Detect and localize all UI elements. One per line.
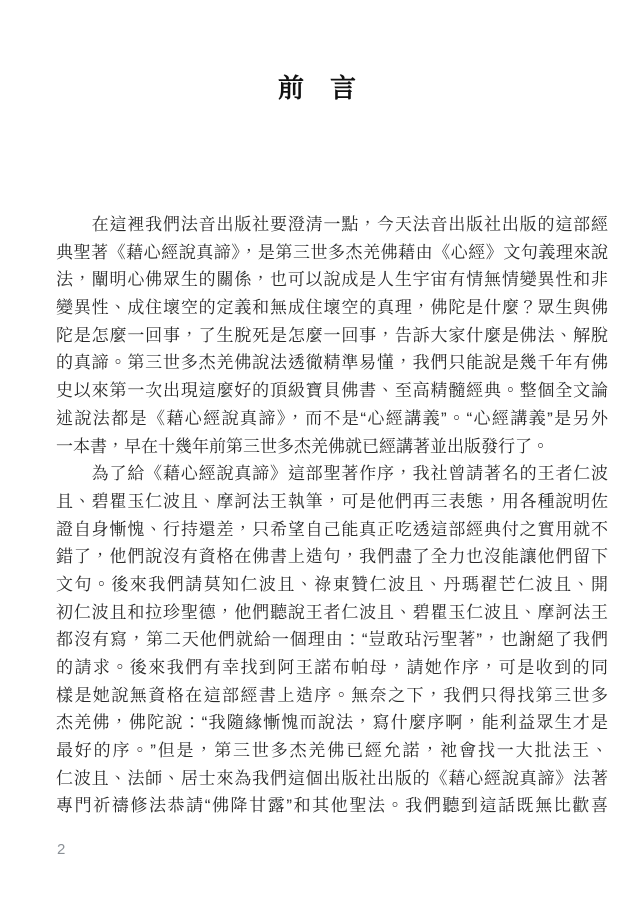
- text-line: 一本書，早在十幾年前第三世多杰羌佛就已經講著並出版發行了。: [56, 433, 608, 461]
- text-line: 為了給《藉心經說真諦》這部聖著作序，我社曾請著名的王者仁波: [56, 460, 608, 488]
- text-line: 最好的序。”但是，第三世多杰羌佛已經允諾，祂會找一大批法王、: [56, 737, 608, 765]
- paragraph-1: 在這裡我們法音出版社要澄清一點，今天法音出版社出版的這部經典聖著《藉心經說真諦》…: [56, 211, 608, 460]
- text-line: 仁波且、法師、居士來為我們這個出版社出版的《藉心經說真諦》法著: [56, 765, 608, 793]
- text-line: 陀是怎麼一回事，了生脫死是怎麼一回事，告訴大家什麼是佛法、解脫: [56, 322, 608, 350]
- text-line: 專門祈禱修法恭請“佛降甘露”和其他聖法。我們聽到這話既無比歡喜: [56, 792, 608, 820]
- text-line: 錯了，他們說沒有資格在佛書上造句，我們盡了全力也沒能讓他們留下: [56, 543, 608, 571]
- text-line: 史以來第一次出現這麼好的頂級寶貝佛書、至高精髓經典。整個全文論: [56, 377, 608, 405]
- paragraph-2: 為了給《藉心經說真諦》這部聖著作序，我社曾請著名的王者仁波且、碧瞿玉仁波且、摩訶…: [56, 460, 608, 820]
- text-line: 的請求。後來我們有幸找到阿王諾布帕母，請她作序，可是收到的同: [56, 654, 608, 682]
- text-line: 在這裡我們法音出版社要澄清一點，今天法音出版社出版的這部經: [56, 211, 608, 239]
- text-line: 且、碧瞿玉仁波且、摩訶法王執筆，可是他們再三表態，用各種說明佐: [56, 488, 608, 516]
- text-line: 典聖著《藉心經說真諦》，是第三世多杰羌佛藉由《心經》文句義理來說: [56, 239, 608, 267]
- text-line: 的真諦。第三世多杰羌佛說法透徹精準易懂，我們只能說是幾千年有佛: [56, 349, 608, 377]
- text-line: 初仁波且和拉珍聖德，他們聽說王者仁波且、碧瞿玉仁波且、摩訶法王: [56, 599, 608, 627]
- text-line: 杰羌佛，佛陀說：“我隨緣慚愧而說法，寫什麼序啊，能利益眾生才是: [56, 709, 608, 737]
- page-background: { "page": { "title": "前 言", "page_number…: [0, 0, 634, 900]
- document-page: 前 言 在這裡我們法音出版社要澄清一點，今天法音出版社出版的這部經典聖著《藉心經…: [0, 0, 634, 900]
- text-line: 文句。後來我們請莫知仁波且、祿東贊仁波且、丹瑪翟芒仁波且、開: [56, 571, 608, 599]
- text-line: 變異性、成住壞空的定義和無成住壞空的真理，佛陀是什麼？眾生與佛: [56, 294, 608, 322]
- text-line: 法，闡明心佛眾生的關係，也可以說成是人生宇宙有情無情變異性和非: [56, 266, 608, 294]
- page-title: 前 言: [0, 72, 634, 104]
- text-line: 證自身慚愧、行持還差，只希望自己能真正吃透這部經典付之實用就不: [56, 516, 608, 544]
- body-text: 在這裡我們法音出版社要澄清一點，今天法音出版社出版的這部經典聖著《藉心經說真諦》…: [56, 211, 608, 820]
- text-line: 都沒有寫，第二天他們就給一個理由：“豈敢玷污聖著”，也謝絕了我們: [56, 626, 608, 654]
- text-line: 樣是她說無資格在這部經書上造序。無奈之下，我們只得找第三世多: [56, 682, 608, 710]
- page-number: 2: [57, 840, 65, 860]
- text-line: 述說法都是《藉心經說真諦》，而不是“心經講義”。“心經講義”是另外: [56, 405, 608, 433]
